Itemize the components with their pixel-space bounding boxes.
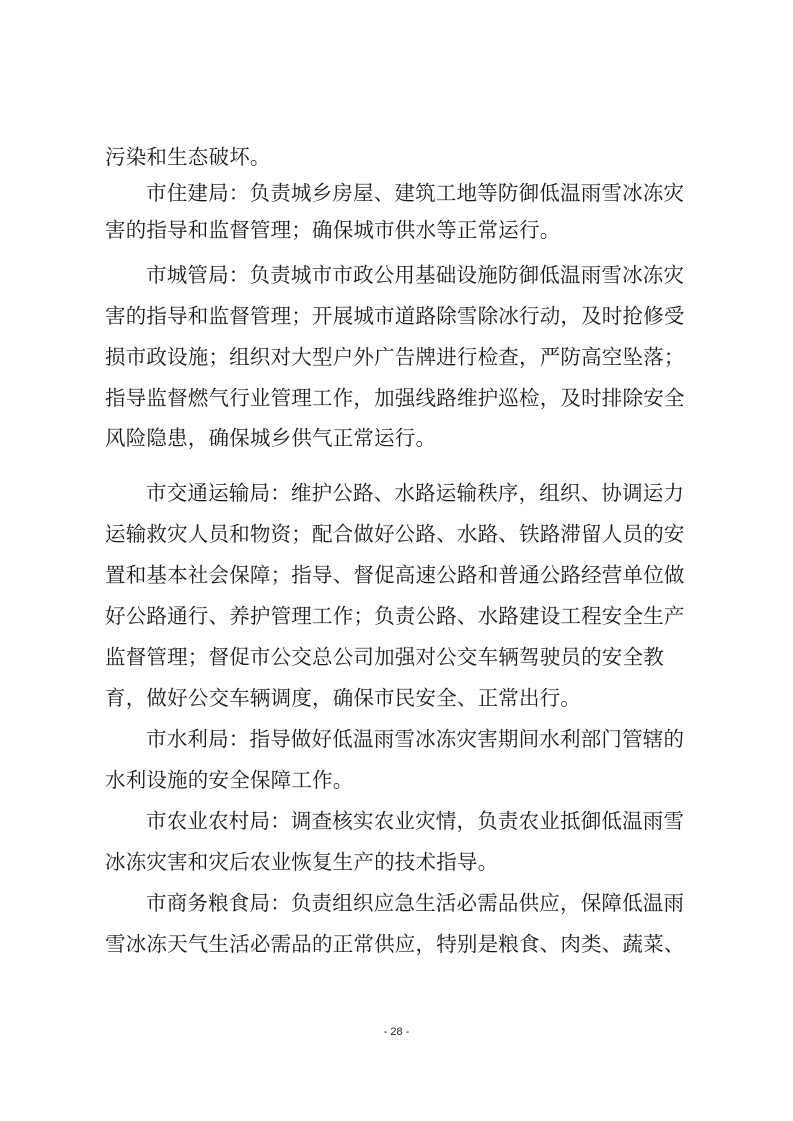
paragraph-housing-bureau: 市住建局：负责城乡房屋、建筑工地等防御低温雨雪冰冻灾 — [146, 175, 695, 211]
text-line: 指导监督燃气行业管理工作，加强线路维护巡检，及时排除安全 — [105, 380, 695, 416]
text-line: 好公路通行、养护管理工作；负责公路、水路建设工程安全生产 — [105, 598, 695, 634]
text-line: 雪冰冻天气生活必需品的正常供应，特别是粮食、肉类、蔬菜、 — [105, 926, 695, 962]
paragraph-urban-management-bureau: 市城管局：负责城市市政公用基础设施防御低温雨雪冰冻灾 — [146, 257, 695, 293]
paragraph-transport-bureau: 市交通运输局：维护公路、水路运输秩序，组织、协调运力 — [146, 475, 695, 511]
paragraph-water-bureau: 市水利局：指导做好低温雨雪冰冻灾害期间水利部门管辖的 — [146, 721, 695, 757]
page-number: - 28 - — [0, 1026, 793, 1038]
text-line: 污染和生态破坏。 — [105, 139, 695, 175]
text-line: 冰冻灾害和灾后农业恢复生产的技术指导。 — [105, 844, 695, 880]
text-line: 损市政设施；组织对大型户外广告牌进行检查，严防高空坠落； — [105, 339, 695, 375]
document-page: 污染和生态破坏。 市住建局：负责城乡房屋、建筑工地等防御低温雨雪冰冻灾 害的指导… — [0, 0, 793, 1121]
text-line: 水利设施的安全保障工作。 — [105, 762, 695, 798]
text-line: 害的指导和监督管理；确保城市供水等正常运行。 — [105, 212, 695, 248]
text-line: 置和基本社会保障；指导、督促高速公路和普通公路经营单位做 — [105, 557, 695, 593]
paragraph-agriculture-bureau: 市农业农村局：调查核实农业灾情，负责农业抵御低温雨雪 — [146, 803, 695, 839]
paragraph-commerce-grain-bureau: 市商务粮食局：负责组织应急生活必需品供应，保障低温雨 — [146, 885, 695, 921]
text-line: 育，做好公交车辆调度，确保市民安全、正常出行。 — [105, 680, 695, 716]
text-line: 监督管理；督促市公交总公司加强对公交车辆驾驶员的安全教 — [105, 639, 695, 675]
text-line: 风险隐患，确保城乡供气正常运行。 — [105, 420, 695, 456]
text-line: 运输救灾人员和物资；配合做好公路、水路、铁路滞留人员的安 — [105, 516, 695, 552]
text-line: 害的指导和监督管理；开展城市道路除雪除冰行动，及时抢修受 — [105, 298, 695, 334]
